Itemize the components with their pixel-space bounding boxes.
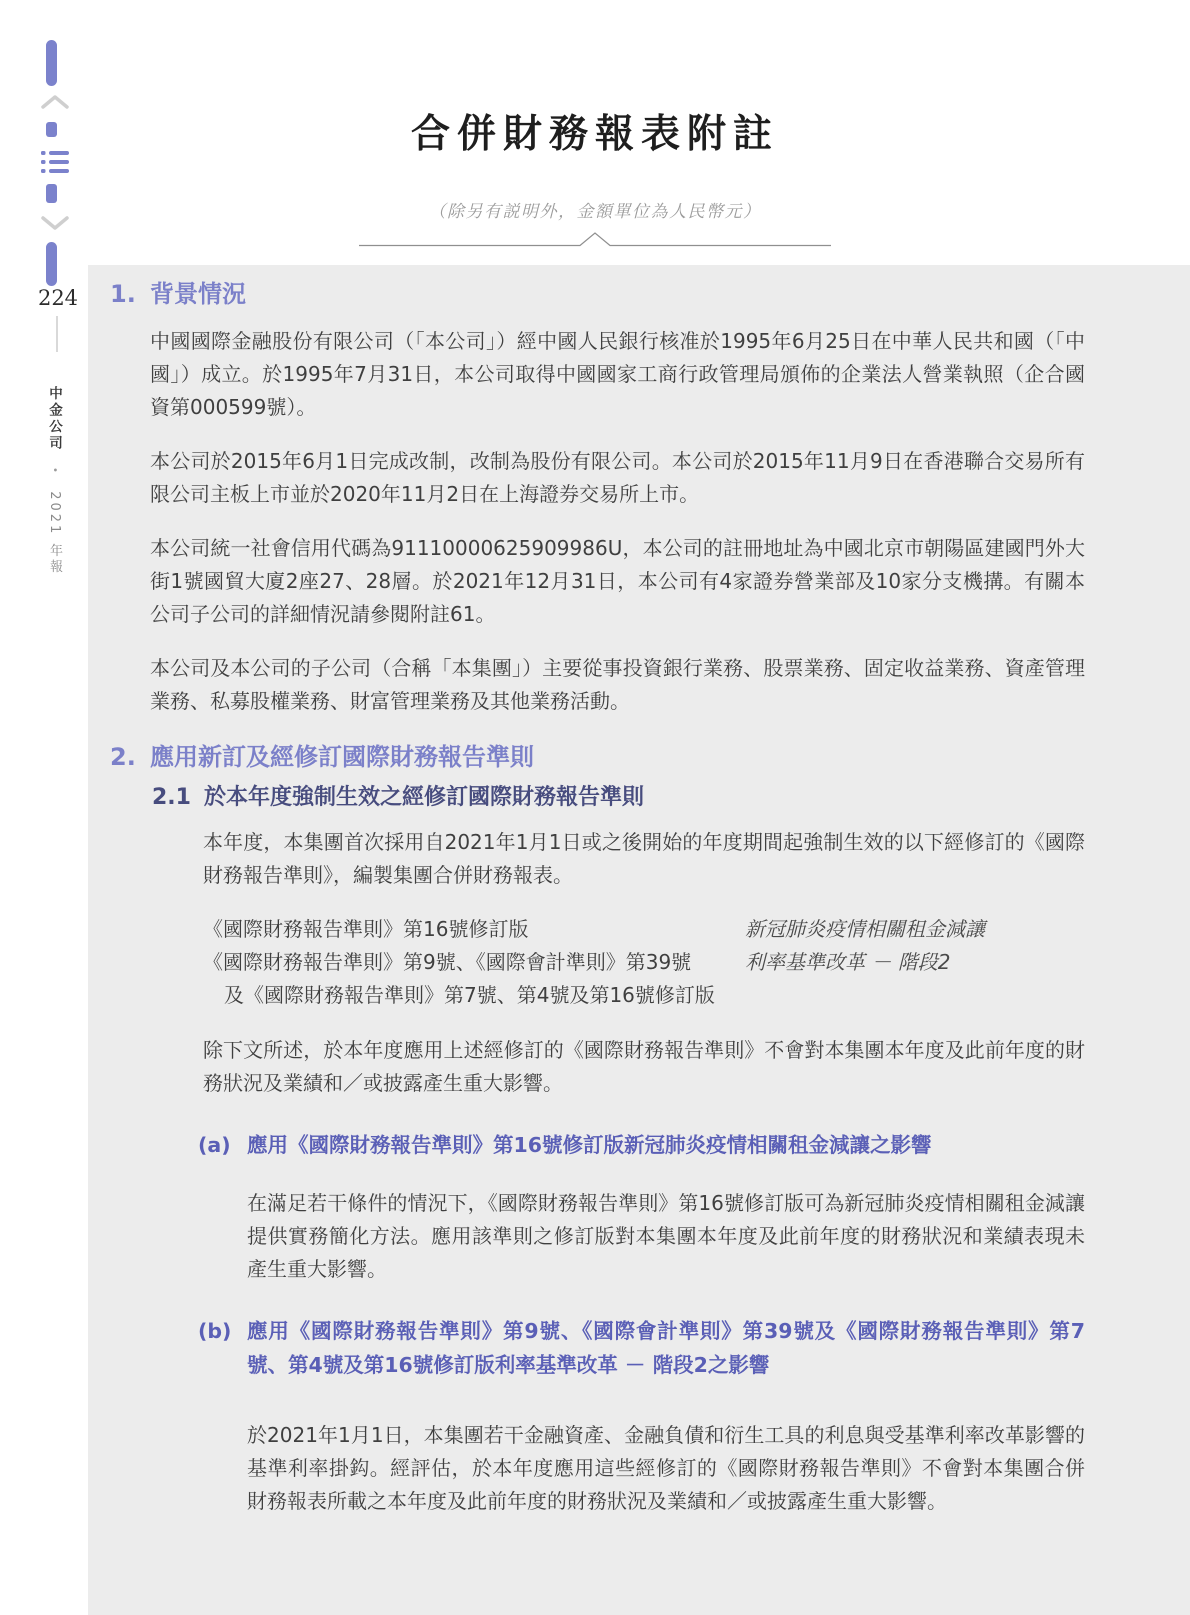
standards-list: 《國際財務報告準則》第16號修訂版 新冠肺炎疫情相關租金減讓 《國際財務報告準則… bbox=[203, 913, 1085, 1012]
item-a-heading: (a) 應用《國際財務報告準則》第16號修訂版新冠肺炎疫情相關租金減讓之影響 bbox=[198, 1128, 1085, 1162]
report-page: 224 中金公司 • 2021 年報 合併財務報表附註 （除另有説明外，金額單位… bbox=[0, 0, 1190, 1615]
spine-year: 2021 年報 bbox=[47, 491, 62, 575]
section-1-title: 背景情況 bbox=[150, 279, 246, 309]
header-divider-caret-icon bbox=[359, 231, 831, 247]
standard-effect: 新冠肺炎疫情相關租金減讓 bbox=[745, 913, 985, 946]
content-panel: 1. 背景情況 中國國際金融股份有限公司（「本公司」）經中國人民銀行核准於199… bbox=[88, 265, 1190, 1615]
section-2-title: 應用新訂及經修訂國際財務報告準則 bbox=[150, 742, 534, 772]
item-b-label: (b) bbox=[198, 1314, 247, 1382]
item-b-title: 應用《國際財務報告準則》第9號、《國際會計準則》第39號及《國際財務報告準則》第… bbox=[247, 1314, 1085, 1382]
sidebar-divider bbox=[56, 316, 58, 352]
section-2-1-heading: 2.1 於本年度強制生效之經修訂國際財務報告準則 bbox=[152, 784, 1085, 812]
decor-bar bbox=[46, 242, 57, 286]
page-number: 224 bbox=[24, 286, 92, 310]
standards-row: 《國際財務報告準則》第9號、《國際會計準則》第39號 利率基準改革 － 階段2 bbox=[203, 946, 1085, 979]
page-title: 合併財務報表附註 bbox=[0, 103, 1190, 159]
section-1-number: 1. bbox=[110, 279, 150, 309]
standard-name: 《國際財務報告準則》第16號修訂版 bbox=[203, 913, 745, 946]
section-2-1-number: 2.1 bbox=[152, 784, 204, 812]
document-header: 合併財務報表附註 （除另有説明外，金額單位為人民幣元） bbox=[0, 0, 1190, 247]
section-2-1-title: 於本年度強制生效之經修訂國際財務報告準則 bbox=[204, 784, 644, 812]
item-b-heading: (b) 應用《國際財務報告準則》第9號、《國際會計準則》第39號及《國際財務報告… bbox=[198, 1314, 1085, 1382]
section-2-number: 2. bbox=[110, 742, 150, 772]
spine-text: 中金公司 • 2021 年報 bbox=[44, 386, 64, 575]
standard-name: 及《國際財務報告準則》第7號、第4號及第16號修訂版 bbox=[203, 979, 745, 1012]
standard-name: 《國際財務報告準則》第9號、《國際會計準則》第39號 bbox=[203, 946, 745, 979]
standards-row: 及《國際財務報告準則》第7號、第4號及第16號修訂版 bbox=[203, 979, 1085, 1012]
standards-row: 《國際財務報告準則》第16號修訂版 新冠肺炎疫情相關租金減讓 bbox=[203, 913, 1085, 946]
paragraph: 本公司於2015年6月1日完成改制，改制為股份有限公司。本公司於2015年11月… bbox=[150, 445, 1085, 511]
section-1-heading: 1. 背景情況 bbox=[110, 279, 1085, 309]
paragraph: 中國國際金融股份有限公司（「本公司」）經中國人民銀行核准於1995年6月25日在… bbox=[150, 325, 1085, 424]
spine-separator-dot: • bbox=[49, 467, 60, 476]
paragraph: 在滿足若干條件的情況下，《國際財務報告準則》第16號修訂版可為新冠肺炎疫情相關租… bbox=[247, 1187, 1085, 1286]
item-a-title: 應用《國際財務報告準則》第16號修訂版新冠肺炎疫情相關租金減讓之影響 bbox=[247, 1128, 932, 1162]
page-subtitle: （除另有説明外，金額單位為人民幣元） bbox=[0, 197, 1190, 222]
section-2-heading: 2. 應用新訂及經修訂國際財務報告準則 bbox=[110, 742, 1085, 772]
paragraph: 本年度，本集團首次採用自2021年1月1日或之後開始的年度期間起強制生效的以下經… bbox=[203, 826, 1085, 892]
item-a-label: (a) bbox=[198, 1128, 247, 1162]
standard-effect: 利率基準改革 － 階段2 bbox=[745, 946, 950, 979]
paragraph: 本公司統一社會信用代碼為91110000625909986U，本公司的註冊地址為… bbox=[150, 532, 1085, 631]
paragraph: 於2021年1月1日，本集團若干金融資產、金融負債和衍生工具的利息與受基準利率改… bbox=[247, 1419, 1085, 1518]
paragraph: 除下文所述，於本年度應用上述經修訂的《國際財務報告準則》不會對本集團本年度及此前… bbox=[203, 1034, 1085, 1100]
paragraph: 本公司及本公司的子公司（合稱「本集團」）主要從事投資銀行業務、股票業務、固定收益… bbox=[150, 652, 1085, 718]
spine-company: 中金公司 bbox=[46, 386, 62, 452]
